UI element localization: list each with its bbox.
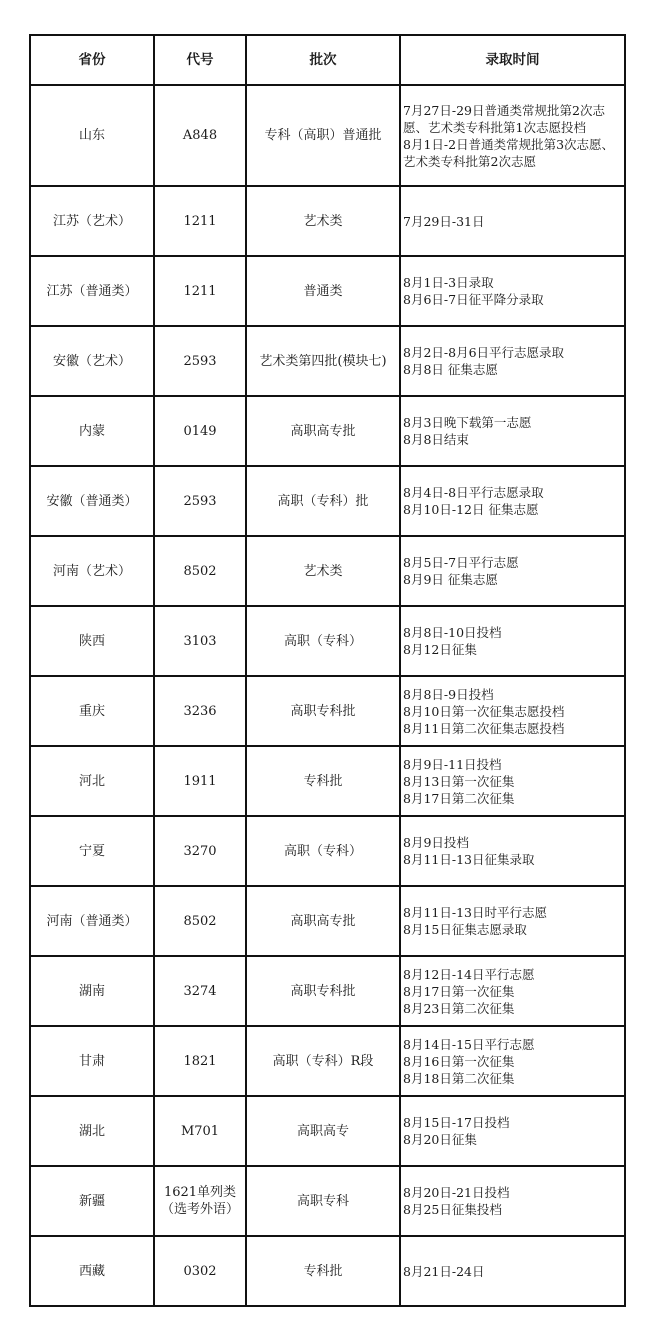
cell-code: 0149 — [154, 396, 246, 466]
table-header-row: 省份 代号 批次 录取时间 — [30, 35, 625, 85]
cell-code: 1211 — [154, 256, 246, 326]
cell-admission-time: 8月4日-8日平行志愿录取 8月10日-12日 征集志愿 — [400, 466, 625, 536]
cell-code: A848 — [154, 85, 246, 186]
header-code: 代号 — [154, 35, 246, 85]
table-row: 江苏（普通类）1211普通类8月1日-3日录取 8月6日-7日征平降分录取 — [30, 256, 625, 326]
cell-province: 内蒙 — [30, 396, 154, 466]
header-province: 省份 — [30, 35, 154, 85]
cell-code: 3236 — [154, 676, 246, 746]
cell-province: 江苏（艺术） — [30, 186, 154, 256]
cell-batch: 高职（专科）R段 — [246, 1026, 400, 1096]
table-row: 湖南3274高职专科批8月12日-14日平行志愿 8月17日第一次征集 8月23… — [30, 956, 625, 1026]
cell-province: 河南（艺术） — [30, 536, 154, 606]
cell-code: 3103 — [154, 606, 246, 676]
cell-code: 8502 — [154, 536, 246, 606]
cell-batch: 专科批 — [246, 746, 400, 816]
cell-province: 安徽（艺术） — [30, 326, 154, 396]
cell-admission-time: 8月21日-24日 — [400, 1236, 625, 1306]
table-row: 甘肃1821高职（专科）R段8月14日-15日平行志愿 8月16日第一次征集 8… — [30, 1026, 625, 1096]
cell-batch: 专科（高职）普通批 — [246, 85, 400, 186]
cell-code: 2593 — [154, 326, 246, 396]
cell-batch: 艺术类第四批(模块七) — [246, 326, 400, 396]
table-row: 宁夏3270高职（专科）8月9日投档 8月11日-13日征集录取 — [30, 816, 625, 886]
cell-batch: 高职（专科）批 — [246, 466, 400, 536]
cell-admission-time: 8月9日-11日投档 8月13日第一次征集 8月17日第二次征集 — [400, 746, 625, 816]
cell-province: 西藏 — [30, 1236, 154, 1306]
cell-admission-time: 8月1日-3日录取 8月6日-7日征平降分录取 — [400, 256, 625, 326]
admission-schedule-table: 省份 代号 批次 录取时间 山东A848专科（高职）普通批7月27日-29日普通… — [29, 34, 626, 1307]
cell-batch: 普通类 — [246, 256, 400, 326]
cell-province: 宁夏 — [30, 816, 154, 886]
table-row: 河南（艺术）8502艺术类8月5日-7日平行志愿 8月9日 征集志愿 — [30, 536, 625, 606]
cell-province: 湖北 — [30, 1096, 154, 1166]
table-row: 山东A848专科（高职）普通批7月27日-29日普通类常规批第2次志愿、艺术类专… — [30, 85, 625, 186]
cell-code: 1211 — [154, 186, 246, 256]
table-row: 湖北M701高职高专8月15日-17日投档 8月20日征集 — [30, 1096, 625, 1166]
cell-batch: 高职专科批 — [246, 676, 400, 746]
cell-admission-time: 8月5日-7日平行志愿 8月9日 征集志愿 — [400, 536, 625, 606]
cell-admission-time: 8月14日-15日平行志愿 8月16日第一次征集 8月18日第二次征集 — [400, 1026, 625, 1096]
cell-batch: 艺术类 — [246, 536, 400, 606]
cell-batch: 高职（专科） — [246, 816, 400, 886]
cell-admission-time: 8月15日-17日投档 8月20日征集 — [400, 1096, 625, 1166]
cell-code: 8502 — [154, 886, 246, 956]
cell-admission-time: 8月3日晚下载第一志愿 8月8日结束 — [400, 396, 625, 466]
cell-code: 1911 — [154, 746, 246, 816]
cell-province: 重庆 — [30, 676, 154, 746]
table-row: 新疆1621单列类 （选考外语）高职专科8月20日-21日投档 8月25日征集投… — [30, 1166, 625, 1236]
cell-province: 陕西 — [30, 606, 154, 676]
cell-batch: 高职高专批 — [246, 396, 400, 466]
cell-admission-time: 8月20日-21日投档 8月25日征集投档 — [400, 1166, 625, 1236]
cell-province: 甘肃 — [30, 1026, 154, 1096]
cell-batch: 高职专科 — [246, 1166, 400, 1236]
cell-code: 0302 — [154, 1236, 246, 1306]
table-row: 西藏0302专科批8月21日-24日 — [30, 1236, 625, 1306]
cell-admission-time: 8月11日-13日时平行志愿 8月15日征集志愿录取 — [400, 886, 625, 956]
cell-batch: 专科批 — [246, 1236, 400, 1306]
cell-admission-time: 7月27日-29日普通类常规批第2次志愿、艺术类专科批第1次志愿投档 8月1日-… — [400, 85, 625, 186]
cell-admission-time: 8月9日投档 8月11日-13日征集录取 — [400, 816, 625, 886]
header-admission-time: 录取时间 — [400, 35, 625, 85]
table-row: 内蒙0149高职高专批8月3日晚下载第一志愿 8月8日结束 — [30, 396, 625, 466]
table-row: 江苏（艺术）1211艺术类7月29日-31日 — [30, 186, 625, 256]
table-row: 安徽（普通类）2593高职（专科）批8月4日-8日平行志愿录取 8月10日-12… — [30, 466, 625, 536]
cell-province: 新疆 — [30, 1166, 154, 1236]
cell-code: 1621单列类 （选考外语） — [154, 1166, 246, 1236]
cell-batch: 艺术类 — [246, 186, 400, 256]
cell-province: 江苏（普通类） — [30, 256, 154, 326]
header-batch: 批次 — [246, 35, 400, 85]
cell-admission-time: 8月8日-9日投档 8月10日第一次征集志愿投档 8月11日第二次征集志愿投档 — [400, 676, 625, 746]
cell-batch: 高职（专科） — [246, 606, 400, 676]
table-row: 河南（普通类）8502高职高专批8月11日-13日时平行志愿 8月15日征集志愿… — [30, 886, 625, 956]
cell-admission-time: 8月8日-10日投档 8月12日征集 — [400, 606, 625, 676]
cell-province: 河北 — [30, 746, 154, 816]
cell-batch: 高职高专 — [246, 1096, 400, 1166]
cell-code: 3270 — [154, 816, 246, 886]
table-row: 河北1911专科批8月9日-11日投档 8月13日第一次征集 8月17日第二次征… — [30, 746, 625, 816]
cell-batch: 高职专科批 — [246, 956, 400, 1026]
cell-admission-time: 8月12日-14日平行志愿 8月17日第一次征集 8月23日第二次征集 — [400, 956, 625, 1026]
cell-code: 1821 — [154, 1026, 246, 1096]
table-row: 重庆3236高职专科批8月8日-9日投档 8月10日第一次征集志愿投档 8月11… — [30, 676, 625, 746]
cell-code: M701 — [154, 1096, 246, 1166]
table-row: 陕西3103高职（专科）8月8日-10日投档 8月12日征集 — [30, 606, 625, 676]
cell-province: 湖南 — [30, 956, 154, 1026]
cell-code: 2593 — [154, 466, 246, 536]
cell-province: 山东 — [30, 85, 154, 186]
cell-batch: 高职高专批 — [246, 886, 400, 956]
cell-admission-time: 8月2日-8月6日平行志愿录取 8月8日 征集志愿 — [400, 326, 625, 396]
cell-province: 安徽（普通类） — [30, 466, 154, 536]
cell-code: 3274 — [154, 956, 246, 1026]
cell-admission-time: 7月29日-31日 — [400, 186, 625, 256]
cell-province: 河南（普通类） — [30, 886, 154, 956]
table-row: 安徽（艺术）2593艺术类第四批(模块七)8月2日-8月6日平行志愿录取 8月8… — [30, 326, 625, 396]
